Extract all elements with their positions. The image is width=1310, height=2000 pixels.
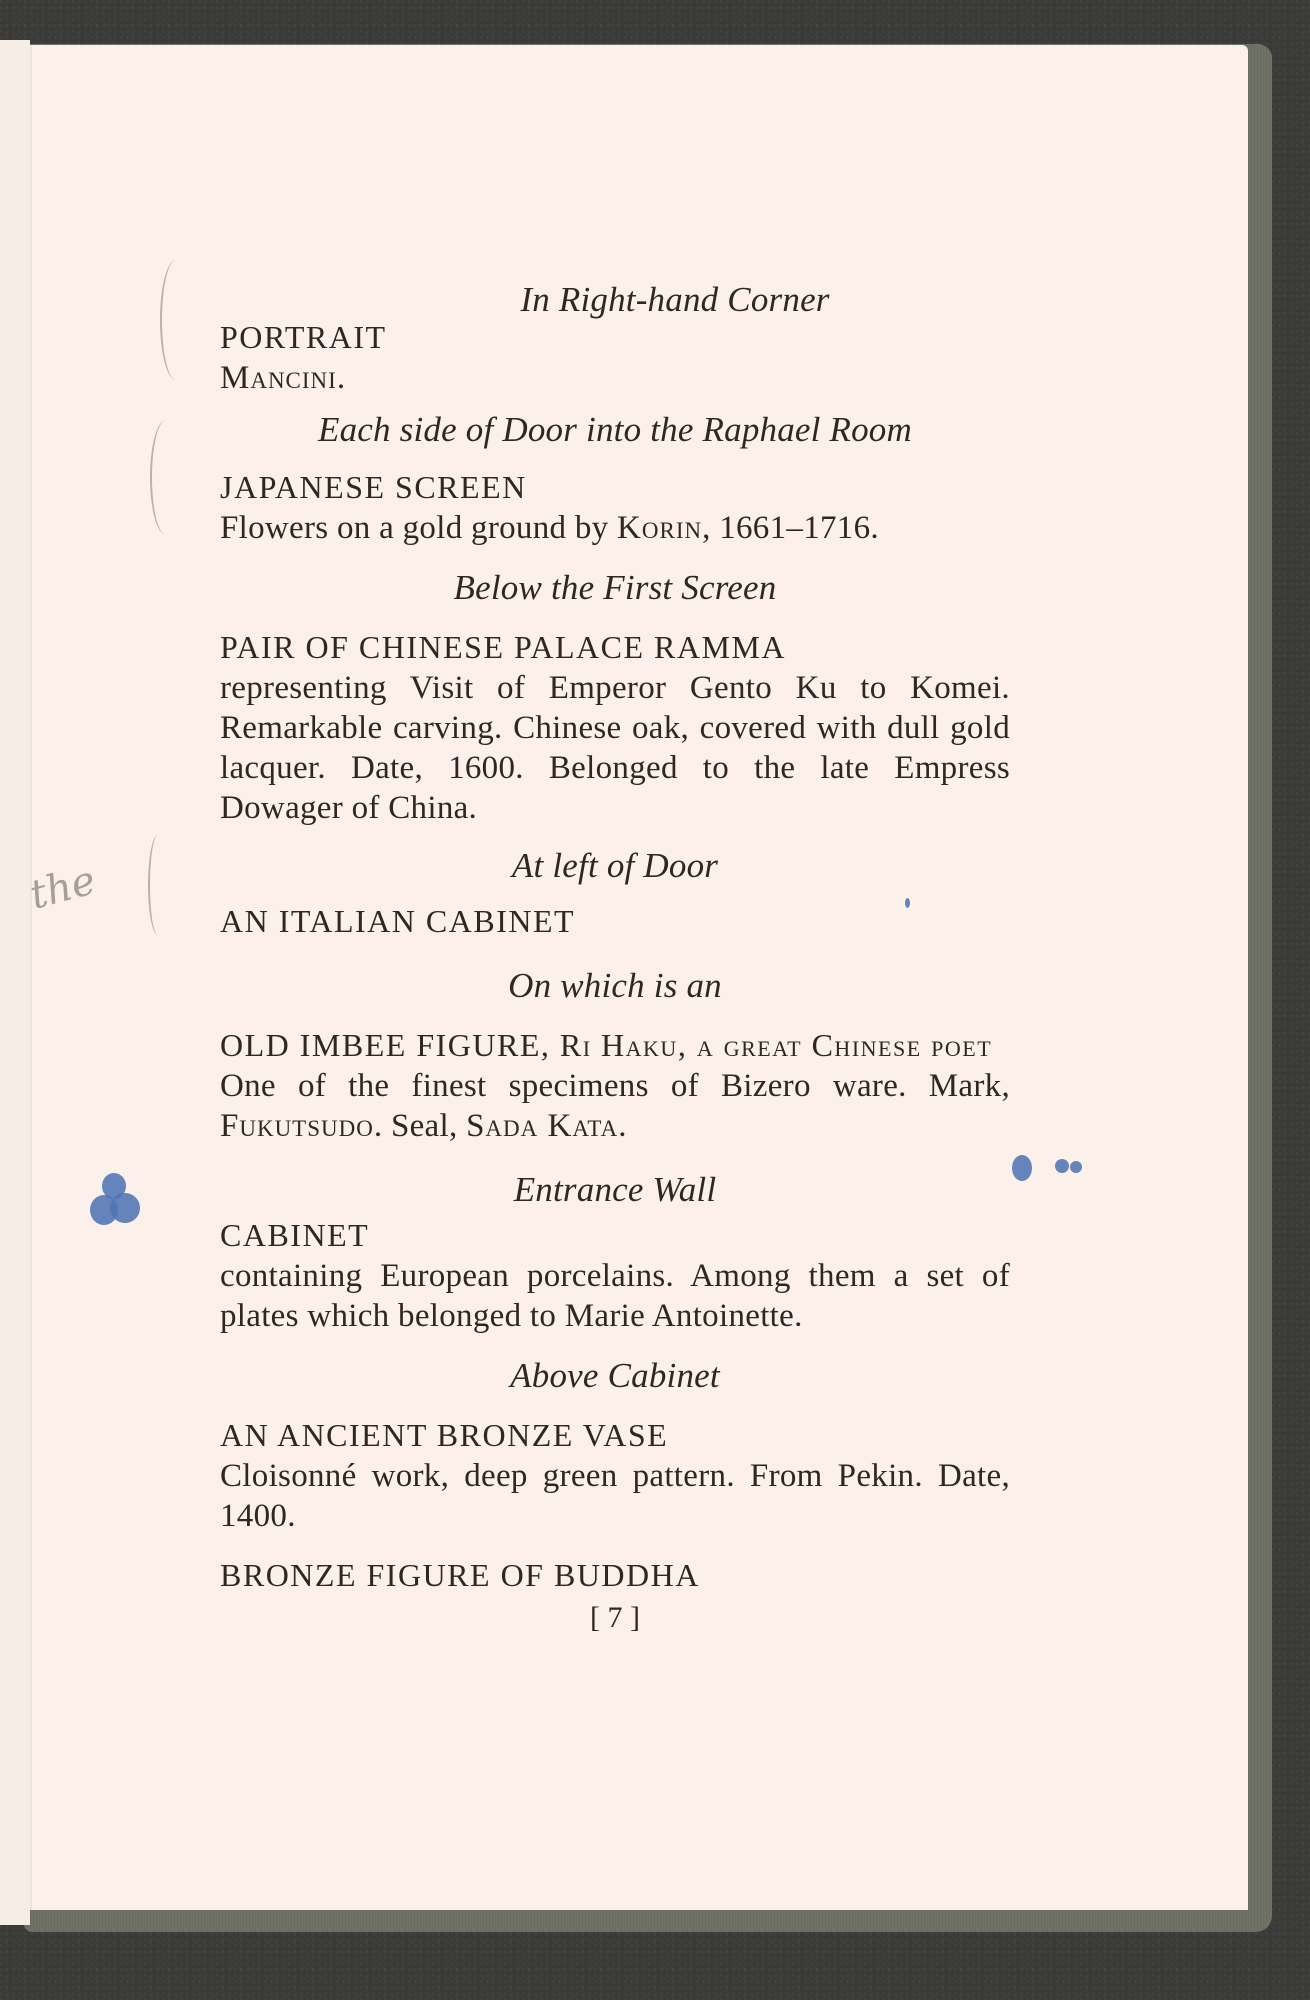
location-heading: In Right-hand Corner [220,280,1010,320]
facing-page-edge [0,40,30,1925]
section-on-which-is-an: On which is an OLD IMBEE FIGURE, Ri Haku… [220,966,1010,1146]
item-subtitle: Ri Haku, a great Chinese poet [560,1027,992,1063]
ink-blot [110,1193,140,1223]
item-title: JAPANESE SCREEN [220,466,1010,508]
artist-name: Korin [617,510,702,546]
item-title: CABINET [220,1214,1010,1256]
location-heading: At left of Door [220,846,1010,886]
section-entrance-wall: Entrance Wall CABINET containing Europea… [220,1170,1010,1336]
section-raphael-room-door: Each side of Door into the Raphael Room … [220,410,1010,548]
ink-blot [1012,1155,1032,1181]
pencil-scribble: the [25,857,100,918]
item-title: PAIR OF CHINESE PALACE RAMMA [220,626,1010,668]
item-description: One of the finest specimens of Bizero wa… [220,1066,1010,1146]
page-content: In Right-hand Corner PORTRAIT Mancini. E… [220,280,1010,1638]
item-title: AN ANCIENT BRONZE VASE [220,1414,1010,1456]
location-heading: Below the First Screen [220,568,1010,608]
item-title: OLD IMBEE FIGURE, Ri Haku, a great Chine… [220,1024,1010,1066]
book-page: the In Right-hand Corner PORTRAIT Mancin… [30,45,1248,1910]
item-description: containing European porcelains. Among th… [220,1256,1010,1336]
section-above-cabinet: Above Cabinet AN ANCIENT BRONZE VASE Clo… [220,1356,1010,1596]
pencil-bracket-mark [160,260,192,380]
item-description: representing Visit of Emperor Gento Ku t… [220,668,1010,828]
mark-name: Fukutsudo [220,1108,374,1144]
location-heading: Each side of Door into the Raphael Room [220,410,1010,450]
item-description: Cloisonné work, deep green pattern. From… [220,1456,1010,1536]
seal-name: Sada Kata [466,1108,618,1144]
item-title: PORTRAIT [220,316,1010,358]
pencil-mark [148,835,168,935]
location-heading: Entrance Wall [220,1170,1010,1210]
page-number: [ 7 ] [220,1598,1010,1638]
location-heading: Above Cabinet [220,1356,1010,1396]
section-right-hand-corner: In Right-hand Corner PORTRAIT Mancini. [220,280,1010,398]
ink-blot [1070,1161,1082,1173]
item-description: Mancini. [220,358,1010,398]
section-below-first-screen: Below the First Screen PAIR OF CHINESE P… [220,568,1010,828]
ink-blot [1055,1159,1069,1173]
item-title: BRONZE FIGURE OF BUDDHA [220,1554,1010,1596]
section-left-of-door: At left of Door AN ITALIAN CABINET [220,846,1010,942]
pencil-bracket-mark [150,420,182,535]
location-heading: On which is an [220,966,1010,1006]
item-title: AN ITALIAN CABINET [220,900,1010,942]
item-description: Flowers on a gold ground by Korin, 1661–… [220,508,1010,548]
